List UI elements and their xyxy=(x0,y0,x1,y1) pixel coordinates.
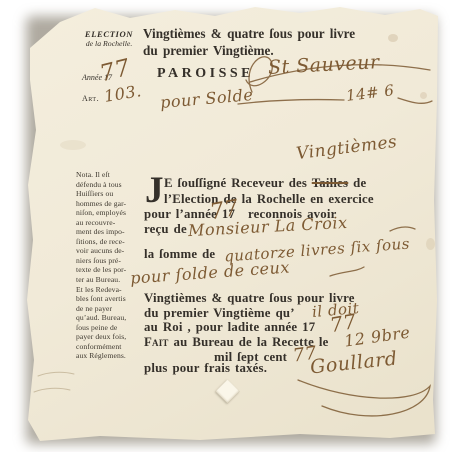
body-line2: l’Election de la Rochelle en exercice xyxy=(164,192,374,207)
body-line1: E ſouſſigné Receveur des Tailles de xyxy=(164,176,366,191)
body-line1-struck-tailles: Tailles xyxy=(312,176,349,190)
body-line10-fait: Fait xyxy=(144,335,169,349)
dropcap-j: J xyxy=(145,172,164,209)
body-line5-pre: la ſomme de xyxy=(144,247,215,262)
body-line1-pre: E ſouſſigné Receveur des xyxy=(164,176,312,190)
nota-margin-note: Nota. Il eſt défendu à tous Huiſſiers ou… xyxy=(76,170,140,361)
document-title-line2: du premier Vingtième. xyxy=(143,43,274,59)
body-line9-pre: au Roi , pour ladite année 17 xyxy=(144,320,315,335)
body-line1-post: de xyxy=(348,176,366,190)
scanned-receipt-canvas: ELECTION de la Rochelle. Vingtièmes & qu… xyxy=(0,0,452,452)
election-stamp-line2: de la Rochelle. xyxy=(78,39,140,48)
body-line4-pre: reçu de xyxy=(144,222,187,237)
document-title-line1: Vingtièmes & quatre ſous pour livre xyxy=(143,26,355,42)
paroisse-label: PAROISSE xyxy=(157,66,254,82)
body-line8-pre: du premier Vingtième qu’ xyxy=(144,306,295,321)
body-line12: plus pour frais taxés. xyxy=(144,361,267,376)
election-stamp-line1: ELECTION xyxy=(78,29,140,39)
article-label: Art. xyxy=(82,94,99,103)
election-stamp: ELECTION de la Rochelle. xyxy=(78,29,140,48)
